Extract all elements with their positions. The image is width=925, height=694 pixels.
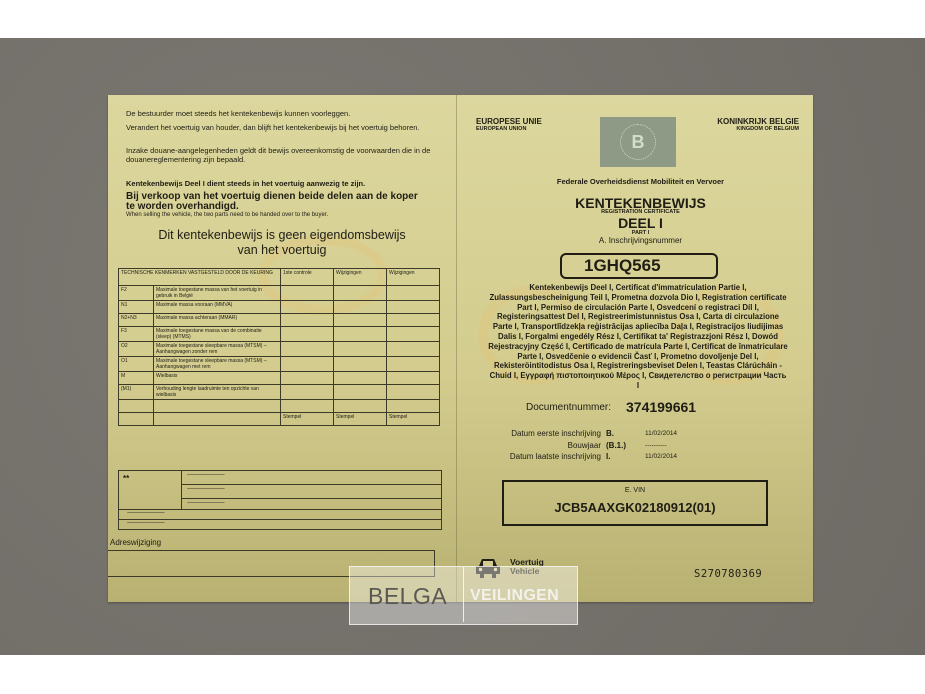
document-number: 374199661 [626,399,696,415]
value-cell [281,286,334,301]
date-value: ---------- [645,442,667,449]
value-cell [281,342,334,357]
table-row: F2Maximale toegestane massa van het voer… [119,286,440,301]
blank-line: -------------------------------- [187,486,224,492]
blank-line: -------------------------------- [187,472,224,478]
value-cell [387,385,440,400]
table-row: O1Maximale toegestane sleepbare massa (M… [119,357,440,372]
row-code: M [119,372,154,385]
sale-notice: Bij verkoop van het voertuig dienen beid… [126,192,426,212]
divider [119,509,441,510]
reg-number-label: A. Inschrijvingsnummer [468,236,813,245]
table-header: TECHNISCHE KENMERKEN VASTGESTELD DOOR DE… [119,269,440,286]
table-row: MWielbasis [119,372,440,385]
row-description: Maximale toegestane sleepbare massa (MTS… [154,342,281,357]
row-description: Verhouding lengte laadruimte ten opzicht… [154,385,281,400]
stars-circle [620,124,656,160]
paragraph: De bestuurder moet steeds het kentekenbe… [126,109,350,118]
divider [181,484,441,485]
sale-notice-en: When selling the vehicle, the two parts … [126,212,328,218]
row-code: N2+N3 [119,314,154,327]
table-row: N2+N3Maximale massa achteraan (MMAR) [119,314,440,327]
eu-label-en: EUROPEAN UNION [476,126,526,132]
paragraph: Inzake douane-aangelegenheden geldt dit … [126,146,438,164]
multilingual-title: Kentekenbewijs Deel I, Certificat d'imma… [488,283,788,391]
divider [119,519,441,520]
watermark-veilingen: VEILINGEN [470,587,559,605]
value-cell [334,327,387,342]
value-cell [334,286,387,301]
value-cell [281,301,334,314]
divider [181,498,441,499]
notice: Kentekenbewijs Deel I dient steeds in he… [126,179,365,188]
value-cell [387,400,440,413]
eu-label: EUROPESE UNIE [476,117,542,126]
table-row [119,400,440,413]
value-cell [387,357,440,372]
vin-value: JCB5AAXGK02180912(01) [504,500,766,515]
empty-cell [154,413,281,426]
vin-box: E. VIN JCB5AAXGK02180912(01) [502,480,768,526]
value-cell [334,357,387,372]
value-cell [387,372,440,385]
date-label: Datum laatste inschrijving [510,452,601,461]
eu-flag-icon: B [600,117,676,167]
blank-line: -------------------------------- [127,510,164,516]
value-cell [334,301,387,314]
value-cell [334,314,387,327]
ownership-title: Dit kentekenbewijs is geen eigendomsbewi… [108,228,456,258]
page-fold [456,95,457,602]
document-number-label: Documentnummer: [526,402,611,413]
blank-line: -------------------------------- [127,520,164,526]
value-cell [387,342,440,357]
stars: ** [123,474,129,483]
table-row: O2Maximale toegestane sleepbare massa (M… [119,342,440,357]
paragraph: Verandert het voertuig van houder, dan b… [126,123,426,132]
vin-label: E. VIN [504,487,766,494]
header-cell: Wijzigingen [387,269,440,286]
registration-number: 1GHQ565 [560,253,718,279]
row-description: Wielbasis [154,372,281,385]
value-cell [387,314,440,327]
row-description: Maximale massa vooraan (MMVA) [154,301,281,314]
table-row: (M1)Verhouding lengte laadruimte ten opz… [119,385,440,400]
stamp-cell: Stempel [334,413,387,426]
row-code: N1 [119,301,154,314]
value-cell [387,327,440,342]
row-code: O2 [119,342,154,357]
value-cell [334,372,387,385]
row-code: O1 [119,357,154,372]
value-cell [281,385,334,400]
date-value: 11/02/2014 [645,453,677,460]
row-code: (M1) [119,385,154,400]
row-description [154,400,281,413]
value-cell [387,286,440,301]
divider [181,471,182,509]
header-cell: TECHNISCHE KENMERKEN VASTGESTELD DOOR DE… [119,269,281,286]
row-description: Maximale toegestane massa van de combina… [154,327,281,342]
row-code [119,400,154,413]
value-cell [334,400,387,413]
value-cell [281,327,334,342]
table-row: F3Maximale toegestane massa van de combi… [119,327,440,342]
blank-line: -------------------------------- [187,500,224,506]
authority: Federale Overheidsdienst Mobiliteit en V… [468,177,813,186]
part-title: DEEL I [468,215,813,231]
right-page: EUROPESE UNIE EUROPEAN UNION B KONINKRIJ… [468,95,813,602]
technical-table: TECHNISCHE KENMERKEN VASTGESTELD DOOR DE… [118,268,440,426]
kingdom-label-en: KINGDOM OF BELGIUM [736,126,799,132]
watermark-belga: BELGA [368,583,447,610]
ownership-title-line2: van het voertuig [108,243,456,258]
stamp-cell: Stempel [387,413,440,426]
value-cell [281,357,334,372]
registration-certificate: De bestuurder moet steeds het kentekenbe… [108,95,813,602]
row-description: Maximale toegestane sleepbare massa (MTS… [154,357,281,372]
ownership-title-line1: Dit kentekenbewijs is geen eigendomsbewi… [108,228,456,243]
value-cell [334,342,387,357]
value-cell [387,301,440,314]
serial-number: S270780369 [694,568,762,580]
table-row: N1Maximale massa vooraan (MMVA) [119,301,440,314]
row-code: F3 [119,327,154,342]
date-code: (B.1.) [606,441,626,450]
row-description: Maximale massa achteraan (MMAR) [154,314,281,327]
stamp-cell: Stempel [281,413,334,426]
value-cell [334,385,387,400]
holder-box: ** -------------------------------- ----… [118,470,442,530]
date-code: B. [606,429,614,438]
header-cell: 1ste controle [281,269,334,286]
value-cell [281,400,334,413]
kingdom-label: KONINKRIJK BELGIE [717,117,799,126]
date-label: Datum eerste inschrijving [511,429,601,438]
row-code: F2 [119,286,154,301]
header-cell: Wijzigingen [334,269,387,286]
address-change-label: Adreswijziging [110,538,161,547]
row-description: Maximale toegestane massa van het voertu… [154,286,281,301]
date-value: 11/02/2014 [645,430,677,437]
value-cell [281,372,334,385]
value-cell [281,314,334,327]
stamp-row: Stempel Stempel Stempel [119,413,440,426]
date-label: Bouwjaar [568,441,601,450]
empty-cell [119,413,154,426]
belga-watermark: BELGA VEILINGEN [349,566,578,625]
date-code: I. [606,452,610,461]
